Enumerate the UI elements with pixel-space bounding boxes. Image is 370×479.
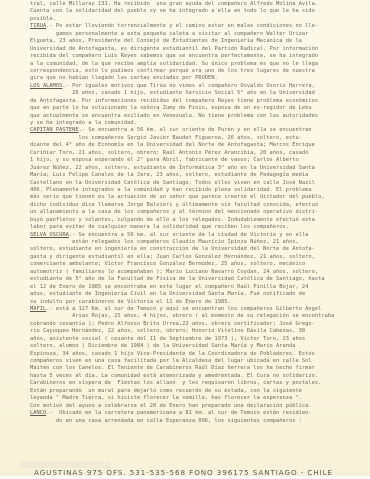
text-line: Castellano en la Universidad Católica de… <box>30 180 366 187</box>
text-line: Curiñiar Toro, 21 años, soltero, obrero;… <box>30 150 366 157</box>
text-line: más serio que tienen es la actuación de … <box>30 194 366 201</box>
line-text: gamos personalmente a esta pequeña calet… <box>30 31 308 37</box>
line-text: comerciante ambulante; Víctor Francisco … <box>30 261 305 267</box>
section-first-line: SELVA OSCURA.- Se encuentra a 56 km. al … <box>30 232 366 239</box>
text-line: rio Cayuqueo Hernández, 22 años, soltero… <box>30 328 366 335</box>
line-text: compañeros viven en una casa facilitada … <box>30 358 312 364</box>
line-text: leyenda " Madre Tierra, si hiciste flore… <box>30 395 302 401</box>
text-line: años, asistente social ( cesante del 11 … <box>30 336 366 343</box>
place-heading: TIRUA <box>30 23 46 29</box>
line-text: y se ha integrado a la comunidad. <box>30 120 137 126</box>
line-text: dicho individuo dice llamarse Jorge Balv… <box>30 202 318 208</box>
section-first-line: LANCO.- Ubicado en la carretera panameri… <box>30 410 366 417</box>
line-text: posible. <box>30 16 56 22</box>
text-line: el 12 de Enero de 1985 se encontraba en … <box>30 284 366 291</box>
line-text: tral, calle Millaray 131. Ha recibido un… <box>30 1 318 7</box>
line-text: años, asistente social ( cesante del 11 … <box>30 336 305 342</box>
line-text: a la comunidad, de la que recibe amplia … <box>30 61 318 67</box>
letterhead-footer: AGUSTINAS 975 OFS. 531-535-568 FONO 3961… <box>0 462 370 479</box>
line-text: más serio que tienen es la actuación de … <box>30 194 325 200</box>
place-heading: MAFIL <box>30 306 46 312</box>
line-text: estudiante de 5° año de la Facultad de F… <box>30 276 325 282</box>
text-line: a la comunidad, de la que recibe amplia … <box>30 61 366 68</box>
line-text: cobrando cesantía ); Pedro Alfonso Brito… <box>30 321 315 327</box>
line-text: que actualmente se encuentra exiliado en… <box>30 113 318 119</box>
text-line: Elgueta, 23 años, Presidente del Consejo… <box>30 38 366 45</box>
text-line: de Antofagasta. Por informaciones recibi… <box>30 98 366 105</box>
text-line: posible. <box>30 16 366 23</box>
line-text: un allanamiento a la casa de los compañe… <box>30 209 318 215</box>
line-text: diante del 4° año de Economía en la Univ… <box>30 142 315 148</box>
text-line: María; Luis Felipe Canales de la Jara, 2… <box>30 172 366 179</box>
text-line: diante del 4° año de Economía en la Univ… <box>30 142 366 149</box>
text-line: 26 años, casado 1 hijo, estudiante Servi… <box>30 90 366 97</box>
text-line: un allanamiento a la casa de los compañe… <box>30 209 366 216</box>
text-line: Están preparando un mural para dejarlo c… <box>30 388 366 395</box>
line-text: soltero, alumno ( Diciembre de 1984 ) de… <box>30 343 295 349</box>
section-first-line: TIRUA.- Po estar lloviendo torrencialmen… <box>30 23 366 30</box>
line-text: 1 hijo, y su esposa esperando el 2° para… <box>30 157 299 163</box>
section-first-line: LOS ALAMOS.- Por iguales motivos que Tir… <box>30 83 366 90</box>
text-line: recibida del compañero Luis Reyes sabemo… <box>30 53 366 60</box>
line-text: rio Cayuqueo Hernández, 22 años, soltero… <box>30 328 305 334</box>
text-line: comerciante ambulante; Víctor Francisco … <box>30 261 366 268</box>
line-text: .- está a 127 Km. al sur de Temuco y aqu… <box>46 306 321 312</box>
line-text: que en parte lo ha solucionado la señora… <box>30 105 312 111</box>
text-line: tral, calle Millaray 131. Ha recibido un… <box>30 1 366 8</box>
line-text: años, estudiante de Ingeniería Civil en … <box>30 291 305 297</box>
line-text: automotriz ( familiares lo acompañaban )… <box>30 269 318 275</box>
line-text: 26 años, casado 1 hijo, estudiante Servi… <box>30 90 315 96</box>
line-text: .- Ubicado en la carretera panamericana … <box>46 410 311 416</box>
text-line: buyó panfletos y volantes, culpando de e… <box>30 217 366 224</box>
line-text: Están preparando un mural para dejarlo c… <box>30 388 302 394</box>
line-text: Con motivo del ayuno a celebrarse el 20 … <box>30 403 312 409</box>
line-text: Carabineros en víspera de Fiestas los al… <box>30 380 321 386</box>
text-line: labor para evitar de cualquier manera la… <box>30 224 366 231</box>
text-line: que en parte lo ha solucionado la señora… <box>30 105 366 112</box>
document-page: tral, calle Millaray 131. Ha recibido un… <box>0 0 370 479</box>
text-line: Con motivo del ayuno a celebrarse el 20 … <box>30 403 366 410</box>
line-text: Cuenta con la solidaridad del pueblo sy … <box>30 8 315 14</box>
line-text: Maitén con los Canelos. El Teniente de C… <box>30 365 315 371</box>
text-line: Carabineros en víspera de Fiestas los al… <box>30 380 366 387</box>
place-heading: CAPITAN PASTENE <box>30 127 79 133</box>
line-text: correspondencia, esto lo pudimos confirm… <box>30 68 315 74</box>
text-line: Arias Rojas, 25 años, 4 hijos, obrero ( … <box>30 313 366 320</box>
line-text: buyó panfletos y volantes, culpando de e… <box>30 217 315 223</box>
line-text: gasta y dirigente estudiantil en ella; J… <box>30 254 315 260</box>
line-text: do en una casa arrendada en calle Espera… <box>30 418 302 424</box>
line-text: hasta 5 veces al día. La comunidad está … <box>30 373 318 379</box>
text-line: su indulto por carabineros de Victoria e… <box>30 299 366 306</box>
line-text: Curiñiar Toro, 21 años, soltero, obrero;… <box>30 150 308 156</box>
line-text: de Antofagasta. Por informaciones recibi… <box>30 98 318 104</box>
line-text: .- Por iguales motivos que Tirúa no vimo… <box>62 83 315 89</box>
text-line: gira que no habían llegado las cartas en… <box>30 75 366 82</box>
line-text: están relegados los compañeros Claudio M… <box>30 239 299 245</box>
place-heading: SELVA OSCURA <box>30 232 69 238</box>
line-text: Arias Rojas, 25 años, 4 hijos, obrero ( … <box>30 313 334 319</box>
text-line: soltero, estudiante en ingeniería en con… <box>30 246 366 253</box>
text-line: Maitén con los Canelos. El Teniente de C… <box>30 365 366 372</box>
section-first-line: CAPITAN PASTENE.- Se encuentra a 56 km. … <box>30 127 366 134</box>
text-line: Cuenta con la solidaridad del pueblo sy … <box>30 8 366 15</box>
line-text: María; Luis Felipe Canales de la Jara, 2… <box>30 172 308 178</box>
line-text: .- Po estar lloviendo torrencialmente y … <box>46 23 318 29</box>
place-heading: LANCO <box>30 410 46 416</box>
line-text: el 12 de Enero de 1985 se encontraba en … <box>30 284 308 290</box>
line-text: .- Se encuentra a 56 km. al sur oriente … <box>79 127 312 133</box>
text-line: do en una casa arrendada en calle Espera… <box>30 418 366 425</box>
line-text: Universidad de Antofagasta, es dirigente… <box>30 46 318 52</box>
line-text: labor para evitar de cualquier manera la… <box>30 224 289 230</box>
text-line: estudiante de 5° año de la Facultad de F… <box>30 276 366 283</box>
line-text: 406. Plenamente integrados a la comunida… <box>30 187 312 193</box>
line-text: gira que no habían llegado las cartas en… <box>30 75 218 81</box>
line-text: Espinoza, 34 años, casado 1 hijo Vice-Pr… <box>30 351 315 357</box>
place-heading: LOS ALAMOS <box>30 83 62 89</box>
text-line: años, estudiante de Ingeniería Civil en … <box>30 291 366 298</box>
text-line: leyenda " Madre Tierra, si hiciste flore… <box>30 395 366 402</box>
line-text: .- Se encuentra a 56 km. al sur oriente … <box>69 232 309 238</box>
text-line: Espinoza, 34 años, casado 1 hijo Vice-Pr… <box>30 351 366 358</box>
text-line: Universidad de Antofagasta, es dirigente… <box>30 46 366 53</box>
line-text: recibida del compañero Luis Reyes sabemo… <box>30 53 318 59</box>
line-text: Juárez Núñez, 22 años, soltero, estudian… <box>30 165 315 171</box>
text-line: soltero, alumno ( Diciembre de 1984 ) de… <box>30 343 366 350</box>
line-text: Castellano en la Universidad Católica de… <box>30 180 315 186</box>
line-text: los compañeros Sergio Javier Baudet Figu… <box>30 135 302 141</box>
text-line: 1 hijo, y su esposa esperando el 2° para… <box>30 157 366 164</box>
line-text: su indulto por carabineros de Victoria e… <box>30 299 231 305</box>
text-line: Juárez Núñez, 22 años, soltero, estudian… <box>30 165 366 172</box>
line-text: Elgueta, 23 años, Presidente del Consejo… <box>30 38 302 44</box>
text-line: que actualmente se encuentra exiliado en… <box>30 113 366 120</box>
line-text: soltero, estudiante en ingeniería en con… <box>30 246 315 252</box>
document-body: tral, calle Millaray 131. Ha recibido un… <box>30 1 366 425</box>
